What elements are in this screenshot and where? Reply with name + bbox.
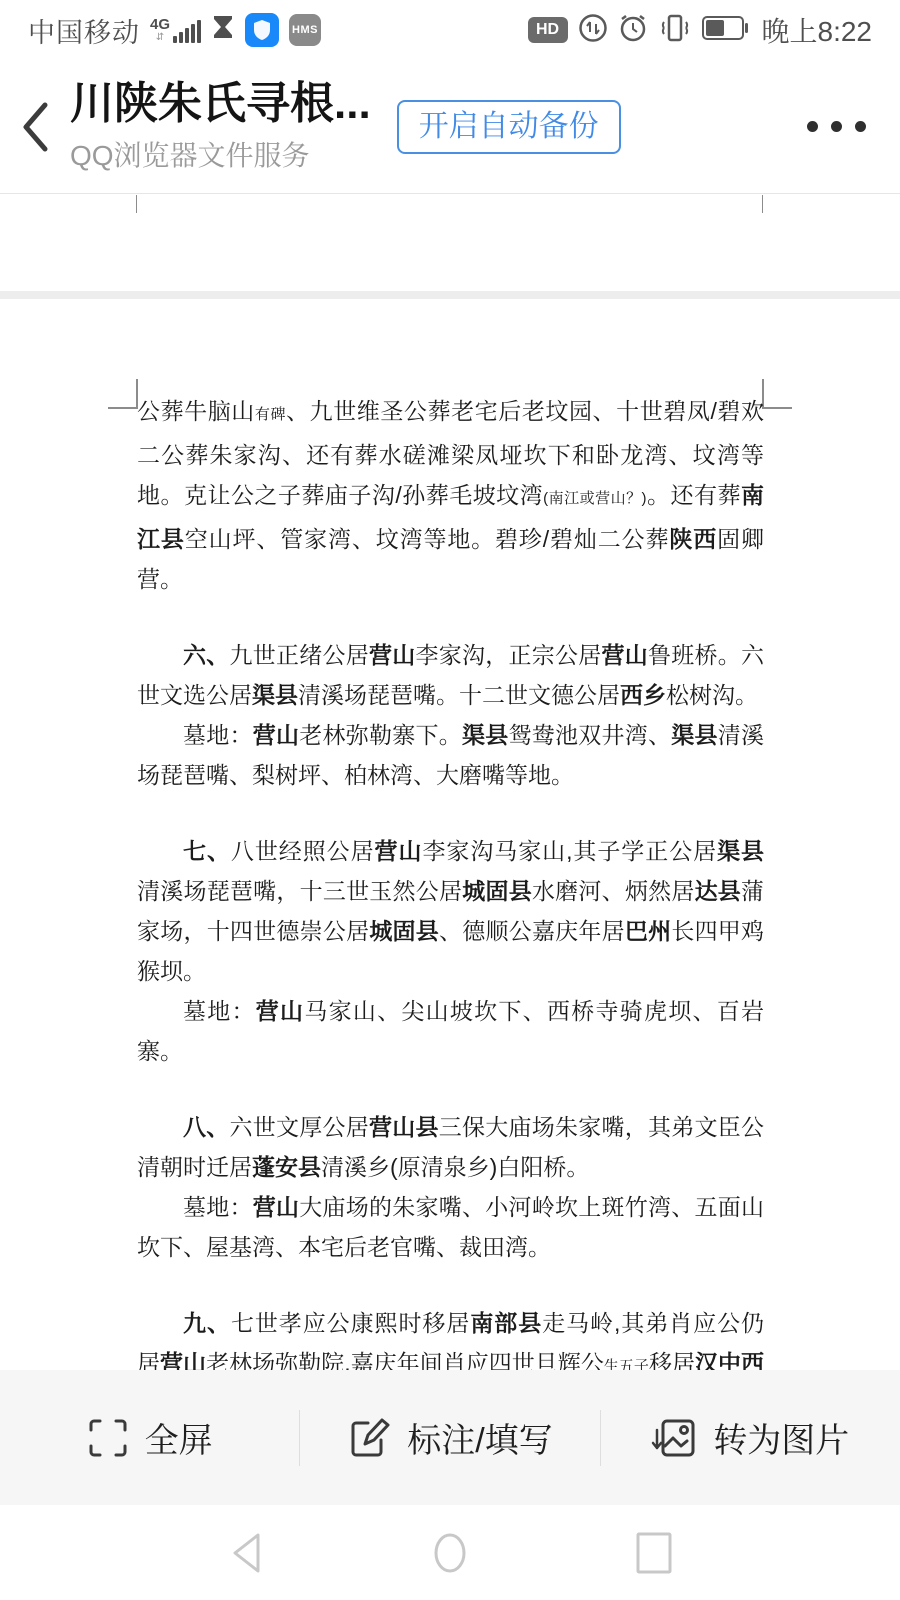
clock-label: 晚上8:22 bbox=[762, 10, 873, 50]
document-paragraph: 九、七世孝应公康熙时移居南部县走马岭,其弟肖应公仍居营山老林场弥勒院,嘉庆年间肖… bbox=[137, 1303, 764, 1370]
page-corner-mark-right bbox=[762, 379, 792, 409]
header: 川陕朱氏寻根... QQ浏览器文件服务 开启自动备份 bbox=[0, 60, 900, 194]
page-corner-mark-left bbox=[108, 379, 138, 409]
page-separator bbox=[0, 291, 900, 299]
document-paragraph: 墓地：营山大庙场的朱家嘴、小河岭坎上斑竹湾、五面山坎下、屋基湾、本宅后老官嘴、裁… bbox=[137, 1187, 764, 1267]
nav-back-button[interactable] bbox=[223, 1523, 269, 1583]
navigation-bar bbox=[0, 1505, 900, 1600]
signal-4g-icon: 4G⇵ bbox=[150, 17, 201, 43]
recents-square-icon bbox=[635, 1531, 673, 1575]
document-paragraph: 公葬牛脑山有碑、九世维圣公葬老宅后老坟园、十世碧凤/碧欢二公葬朱家沟、还有葬水磋… bbox=[137, 391, 764, 599]
bottom-toolbar: 全屏 标注/填写 转为图片 bbox=[0, 1370, 900, 1505]
fullscreen-icon bbox=[87, 1417, 129, 1459]
auto-backup-button[interactable]: 开启自动备份 bbox=[397, 100, 621, 154]
battery-icon bbox=[702, 16, 748, 45]
annotate-label: 标注/填写 bbox=[407, 1413, 552, 1462]
annotate-icon bbox=[347, 1416, 391, 1460]
document-paragraph: 八、六世文厚公居营山县三保大庙场朱家嘴，其弟文臣公清朝时迁居蓬安县清溪乡(原清泉… bbox=[137, 1107, 764, 1187]
to-image-icon bbox=[651, 1416, 697, 1460]
back-triangle-icon bbox=[231, 1532, 261, 1574]
fullscreen-label: 全屏 bbox=[145, 1413, 213, 1462]
document-paragraph: 七、八世经照公居营山李家沟马家山,其子学正公居渠县清溪场琵琶嘴，十三世玉然公居城… bbox=[137, 831, 764, 991]
page-subtitle: QQ浏览器文件服务 bbox=[70, 134, 371, 174]
document-paragraph: 墓地：营山马家山、尖山坡坎下、西桥寺骑虎坝、百岩寨。 bbox=[137, 991, 764, 1071]
document-paragraph: 墓地：营山老林弥勒寨下。渠县鸳鸯池双井湾、渠县清溪场琵琶嘴、梨树坪、柏林湾、大磨… bbox=[137, 715, 764, 795]
alarm-clock-icon bbox=[618, 13, 648, 48]
nav-recents-button[interactable] bbox=[631, 1523, 677, 1583]
fullscreen-button[interactable]: 全屏 bbox=[0, 1370, 299, 1505]
data-saver-icon bbox=[578, 13, 608, 48]
status-bar: 中国移动 4G⇵ HMS HD bbox=[0, 0, 900, 60]
nav-home-button[interactable] bbox=[427, 1523, 473, 1583]
home-circle-icon bbox=[427, 1528, 473, 1578]
carrier-label: 中国移动 bbox=[28, 11, 140, 50]
to-image-label: 转为图片 bbox=[713, 1413, 849, 1462]
page-title: 川陕朱氏寻根... bbox=[70, 79, 371, 130]
back-button[interactable] bbox=[0, 60, 70, 193]
chevron-left-icon bbox=[21, 101, 49, 153]
hourglass-icon bbox=[211, 14, 235, 47]
document-text: 公葬牛脑山有碑、九世维圣公葬老宅后老坟园、十世碧凤/碧欢二公葬朱家沟、还有葬水磋… bbox=[137, 391, 764, 1370]
to-image-button[interactable]: 转为图片 bbox=[601, 1370, 900, 1505]
more-options-button[interactable] bbox=[807, 97, 866, 157]
hd-icon: HD bbox=[528, 17, 568, 43]
page-margin-tick-left bbox=[136, 195, 137, 213]
qq-browser-app-icon bbox=[245, 13, 279, 47]
document-paragraph: 六、九世正绪公居营山李家沟，正宗公居营山鲁班桥。六世文选公居渠县清溪场琵琶嘴。十… bbox=[137, 635, 764, 715]
page-margin-tick-right bbox=[762, 195, 763, 213]
document-viewer[interactable]: 公葬牛脑山有碑、九世维圣公葬老宅后老坟园、十世碧凤/碧欢二公葬朱家沟、还有葬水磋… bbox=[0, 195, 900, 1370]
hms-icon: HMS bbox=[289, 14, 321, 46]
annotate-button[interactable]: 标注/填写 bbox=[300, 1370, 599, 1505]
vibrate-icon bbox=[658, 13, 692, 48]
